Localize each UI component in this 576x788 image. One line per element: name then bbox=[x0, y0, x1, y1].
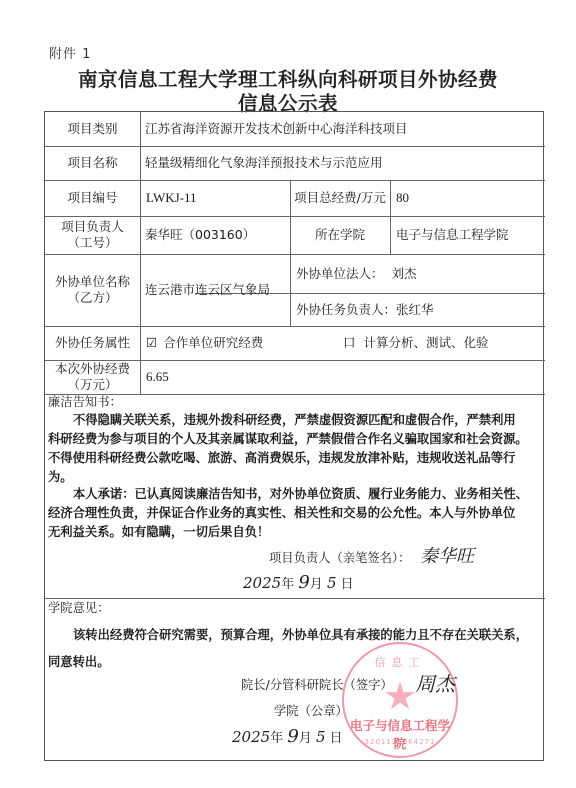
label-project-leader: 项目负责人 （工号） bbox=[45, 216, 140, 254]
label-partner-unit: 外协单位名称 （乙方） bbox=[45, 254, 140, 326]
integrity-line: 不得隐瞒关联关系，违规外拨科研经费，严禁虚假资源匹配和虚假合作，严禁利用 bbox=[73, 411, 516, 430]
label-line: （乙方） bbox=[67, 290, 117, 306]
label-legal-person: 外协单位法人： bbox=[296, 266, 384, 282]
value-project-number: LWKJ-11 bbox=[146, 180, 286, 216]
opinion-line: 该转出经费符合研究需要，预算合理，外协单位具有承接的能力且不存在关联关系， bbox=[73, 626, 528, 645]
opinion-heading: 学院意见： bbox=[48, 599, 110, 618]
integrity-line: 为。 bbox=[48, 468, 73, 487]
task-leader-field: 外协任务负责人： 张红华 bbox=[296, 293, 541, 326]
label-task-leader: 外协任务负责人： bbox=[296, 302, 396, 318]
label-line: 本次外协经费 bbox=[55, 361, 130, 377]
value-partner-unit: 连云港市连云区气象局 bbox=[145, 254, 285, 326]
label-line: （工号） bbox=[67, 235, 117, 251]
seal-name: 电子与信息工程学院 bbox=[344, 716, 456, 752]
legal-person-field: 外协单位法人： 刘杰 bbox=[296, 254, 541, 293]
date-day-unit: 日 bbox=[341, 577, 354, 592]
date-year-unit: 年 bbox=[270, 731, 283, 746]
commitment-line: 本人承诺：已认真阅读廉洁告知书，对外协单位资质、履行业务能力、业务相关性、 bbox=[73, 485, 528, 504]
dean-signature-label: 院长/分管科研院长（签字） bbox=[241, 676, 393, 695]
seal-label: 学院（公章） bbox=[274, 702, 348, 721]
integrity-line: 不得使用科研经费公款吃喝、旅游、高消费娱乐，违规发放津补贴，违规收送礼品等行 bbox=[48, 449, 515, 468]
value-project-name: 轻量级精细化气象海洋预报技术与示范应用 bbox=[145, 146, 540, 180]
value-this-funding: 6.65 bbox=[146, 360, 536, 394]
date-year-unit: 年 bbox=[281, 577, 294, 592]
label-this-funding: 本次外协经费 （万元） bbox=[45, 360, 140, 394]
integrity-heading: 廉洁告知书： bbox=[48, 393, 122, 412]
college-seal: 信息工 ★ 电子与信息工程学院 3201120064271 bbox=[342, 642, 458, 758]
date-month: 9 bbox=[298, 572, 309, 593]
date-day: 5 bbox=[316, 728, 326, 746]
label-line: （万元） bbox=[67, 377, 117, 393]
date-year: 2025 bbox=[232, 728, 270, 746]
unchecked-checkbox-icon: 口 bbox=[343, 335, 356, 351]
label-total-funding: 项目总经费/万元 bbox=[290, 180, 390, 216]
label-task-attribute: 外协任务属性 bbox=[45, 326, 140, 360]
date-month-unit: 月 bbox=[299, 731, 312, 746]
integrity-line: 科研经费为参与项目的个人及其亲属谋取利益，严禁假借合作名义骗取国家和社会资源。 bbox=[48, 430, 528, 449]
value-college: 电子与信息工程学院 bbox=[396, 216, 541, 254]
opinion-date: 2025年 9月 5 日 bbox=[232, 726, 343, 747]
dean-signature: 周杰 bbox=[415, 668, 455, 697]
date-day: 5 bbox=[327, 574, 337, 592]
value-total-funding: 80 bbox=[396, 180, 536, 216]
date-month: 9 bbox=[287, 726, 298, 747]
value-project-leader: 秦华旺（003160） bbox=[145, 216, 285, 254]
option-research-funding: ☑ 合作单位研究经费 bbox=[146, 326, 346, 360]
checked-checkbox-icon: ☑ bbox=[146, 335, 157, 351]
col-divider bbox=[290, 254, 291, 326]
label-project-name: 项目名称 bbox=[45, 146, 140, 180]
label-project-category: 项目类别 bbox=[45, 112, 140, 146]
option-label: 计算分析、测试、化验 bbox=[364, 335, 489, 351]
date-day-unit: 日 bbox=[330, 731, 343, 746]
commitment-date: 2025年 9月 5 日 bbox=[243, 572, 354, 593]
signature-label: 项目负责人（亲笔签名）： bbox=[269, 549, 410, 568]
label-line: 外协单位名称 bbox=[55, 274, 130, 290]
label-college: 所在学院 bbox=[290, 216, 390, 254]
label-project-number: 项目编号 bbox=[45, 180, 140, 216]
seal-number: 3201120064271 bbox=[344, 738, 456, 746]
col-divider bbox=[140, 112, 141, 394]
commitment-line: 经济合理性负责，并保证合作业务的真实性、相关性和交易的公允性。本人与外协单位 bbox=[48, 504, 515, 523]
commitment-line: 无利益关系。如有隐瞒，一切后果自负！ bbox=[48, 523, 269, 542]
annex-label: 附件 1 bbox=[49, 43, 91, 62]
value-project-category: 江苏省海洋资源开发技术创新中心海洋科技项目 bbox=[145, 112, 540, 146]
date-year: 2025 bbox=[243, 574, 281, 592]
value-legal-person: 刘杰 bbox=[392, 266, 417, 282]
opinion-line: 同意转出。 bbox=[48, 653, 110, 672]
date-month-unit: 月 bbox=[310, 577, 323, 592]
leader-signature: 秦华旺 bbox=[420, 542, 474, 568]
option-testing: 口 计算分析、测试、化验 bbox=[343, 326, 543, 360]
option-label: 合作单位研究经费 bbox=[163, 335, 263, 351]
row-divider bbox=[45, 598, 545, 599]
col-divider bbox=[390, 180, 391, 254]
value-task-leader: 张红华 bbox=[396, 302, 434, 318]
label-line: 项目负责人 bbox=[61, 219, 124, 235]
